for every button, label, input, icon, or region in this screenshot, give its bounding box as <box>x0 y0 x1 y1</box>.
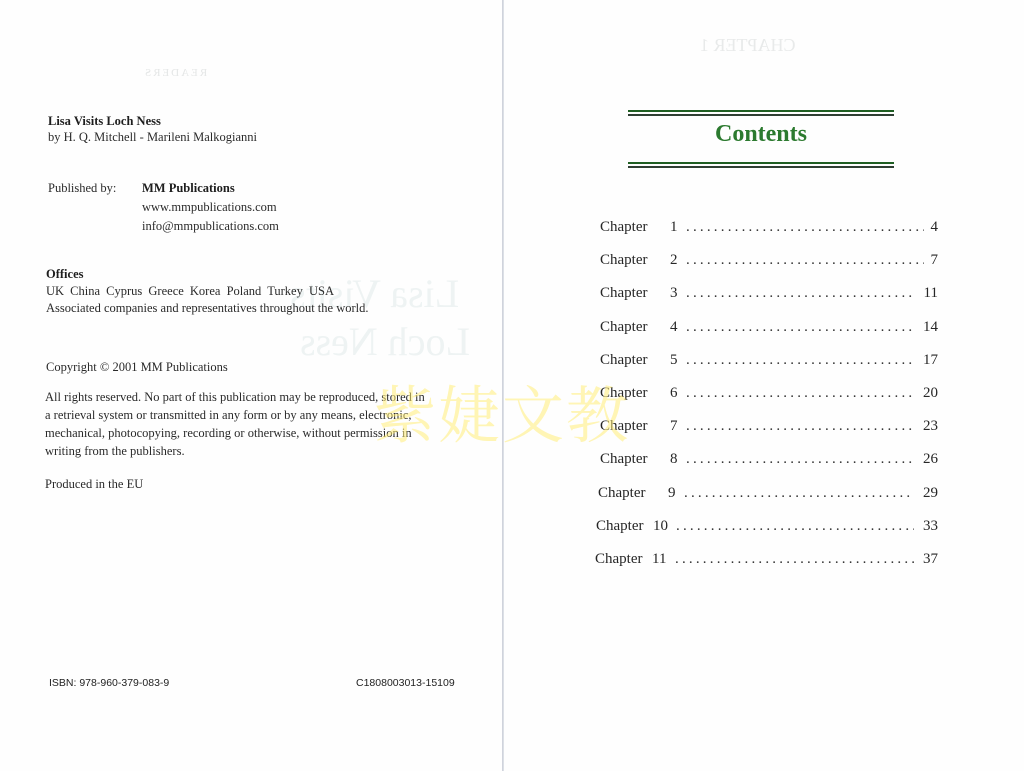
toc-page-number: 26 <box>923 451 938 468</box>
book-title: Lisa Visits Loch Ness <box>48 114 161 129</box>
toc-chapter-label: Chapter <box>600 219 647 236</box>
toc-chapter-number: 3 <box>670 285 678 302</box>
toc-chapter-number: 6 <box>670 385 678 402</box>
rights-line: All rights reserved. No part of this pub… <box>45 388 465 406</box>
toc-chapter-label: Chapter <box>600 385 647 402</box>
toc-page-number: 14 <box>923 319 938 336</box>
toc-chapter-label: Chapter <box>595 551 642 568</box>
toc-entry[interactable]: Chapter11...............................… <box>595 551 938 573</box>
isbn: ISBN: 978-960-379-083-9 <box>49 677 169 689</box>
toc-leader-dots: ........................................… <box>686 219 924 236</box>
toc-chapter-label: Chapter <box>600 319 647 336</box>
toc-page-number: 17 <box>923 352 938 369</box>
contents-bottom-rule <box>628 162 894 168</box>
toc-chapter-number: 2 <box>670 252 678 269</box>
toc-chapter-label: Chapter <box>596 518 643 535</box>
toc-leader-dots: ........................................… <box>686 285 914 302</box>
toc-chapter-number: 7 <box>670 418 678 435</box>
copyright-notice: Copyright © 2001 MM Publications <box>46 360 228 375</box>
book-spread: READERS Lisa Visits Loch Ness CHAPTER 1 … <box>0 0 1024 771</box>
toc-chapter-number: 9 <box>668 485 676 502</box>
offices-list: UK China Cyprus Greece Korea Poland Turk… <box>46 284 334 299</box>
toc-entry[interactable]: Chapter2................................… <box>600 252 938 274</box>
contents-title: Contents <box>628 121 894 148</box>
toc-chapter-number: 1 <box>670 219 678 236</box>
rights-statement: All rights reserved. No part of this pub… <box>45 388 465 460</box>
toc-chapter-label: Chapter <box>600 451 647 468</box>
toc-entry[interactable]: Chapter4................................… <box>600 319 938 341</box>
rights-line: mechanical, photocopying, recording or o… <box>45 424 465 442</box>
toc-page-number: 7 <box>931 252 939 269</box>
publisher-name: MM Publications <box>142 181 235 196</box>
toc-entry[interactable]: Chapter6................................… <box>600 385 938 407</box>
toc-entry[interactable]: Chapter9................................… <box>598 485 938 507</box>
toc-entry[interactable]: Chapter8................................… <box>600 451 938 473</box>
toc-page-number: 29 <box>923 485 938 502</box>
toc-entry[interactable]: Chapter7................................… <box>600 418 938 440</box>
toc-leader-dots: ........................................… <box>686 352 914 369</box>
contents-top-rule <box>628 110 894 116</box>
toc-leader-dots: ........................................… <box>676 518 914 535</box>
toc-page-number: 23 <box>923 418 938 435</box>
publisher-website: www.mmpublications.com <box>142 200 277 215</box>
toc-chapter-label: Chapter <box>600 285 647 302</box>
toc-chapter-number: 4 <box>670 319 678 336</box>
toc-chapter-label: Chapter <box>600 418 647 435</box>
toc-leader-dots: ........................................… <box>675 551 914 568</box>
toc-chapter-number: 8 <box>670 451 678 468</box>
toc-entry[interactable]: Chapter1................................… <box>600 219 938 241</box>
toc-page-number: 11 <box>924 285 938 302</box>
rights-line: writing from the publishers. <box>45 442 465 460</box>
toc-entry[interactable]: Chapter3................................… <box>600 285 938 307</box>
book-authors: by H. Q. Mitchell - Marileni Malkogianni <box>48 130 257 145</box>
toc-entry[interactable]: Chapter10...............................… <box>596 518 938 540</box>
toc-leader-dots: ........................................… <box>686 252 924 269</box>
toc-leader-dots: ........................................… <box>684 485 914 502</box>
toc-leader-dots: ........................................… <box>686 451 914 468</box>
toc-chapter-number: 10 <box>653 518 668 535</box>
published-by-label: Published by: <box>48 181 116 196</box>
toc-chapter-label: Chapter <box>598 485 645 502</box>
toc-chapter-number: 5 <box>670 352 678 369</box>
toc-chapter-number: 11 <box>652 551 666 568</box>
produced-in: Produced in the EU <box>45 477 143 492</box>
publisher-email: info@mmpublications.com <box>142 219 279 234</box>
toc-leader-dots: ........................................… <box>686 385 914 402</box>
toc-page-number: 33 <box>923 518 938 535</box>
toc-page-number: 37 <box>923 551 938 568</box>
imprint-page: Lisa Visits Loch Ness by H. Q. Mitchell … <box>0 0 502 771</box>
toc-page-number: 20 <box>923 385 938 402</box>
rights-line: a retrieval system or transmitted in any… <box>45 406 465 424</box>
toc-leader-dots: ........................................… <box>686 319 914 336</box>
toc-entry[interactable]: Chapter5................................… <box>600 352 938 374</box>
toc-page-number: 4 <box>931 219 939 236</box>
toc-chapter-label: Chapter <box>600 352 647 369</box>
offices-heading: Offices <box>46 267 83 282</box>
toc-chapter-label: Chapter <box>600 252 647 269</box>
toc-leader-dots: ........................................… <box>686 418 914 435</box>
associated-note: Associated companies and representatives… <box>46 301 368 316</box>
product-code: C1808003013-15109 <box>356 677 455 689</box>
